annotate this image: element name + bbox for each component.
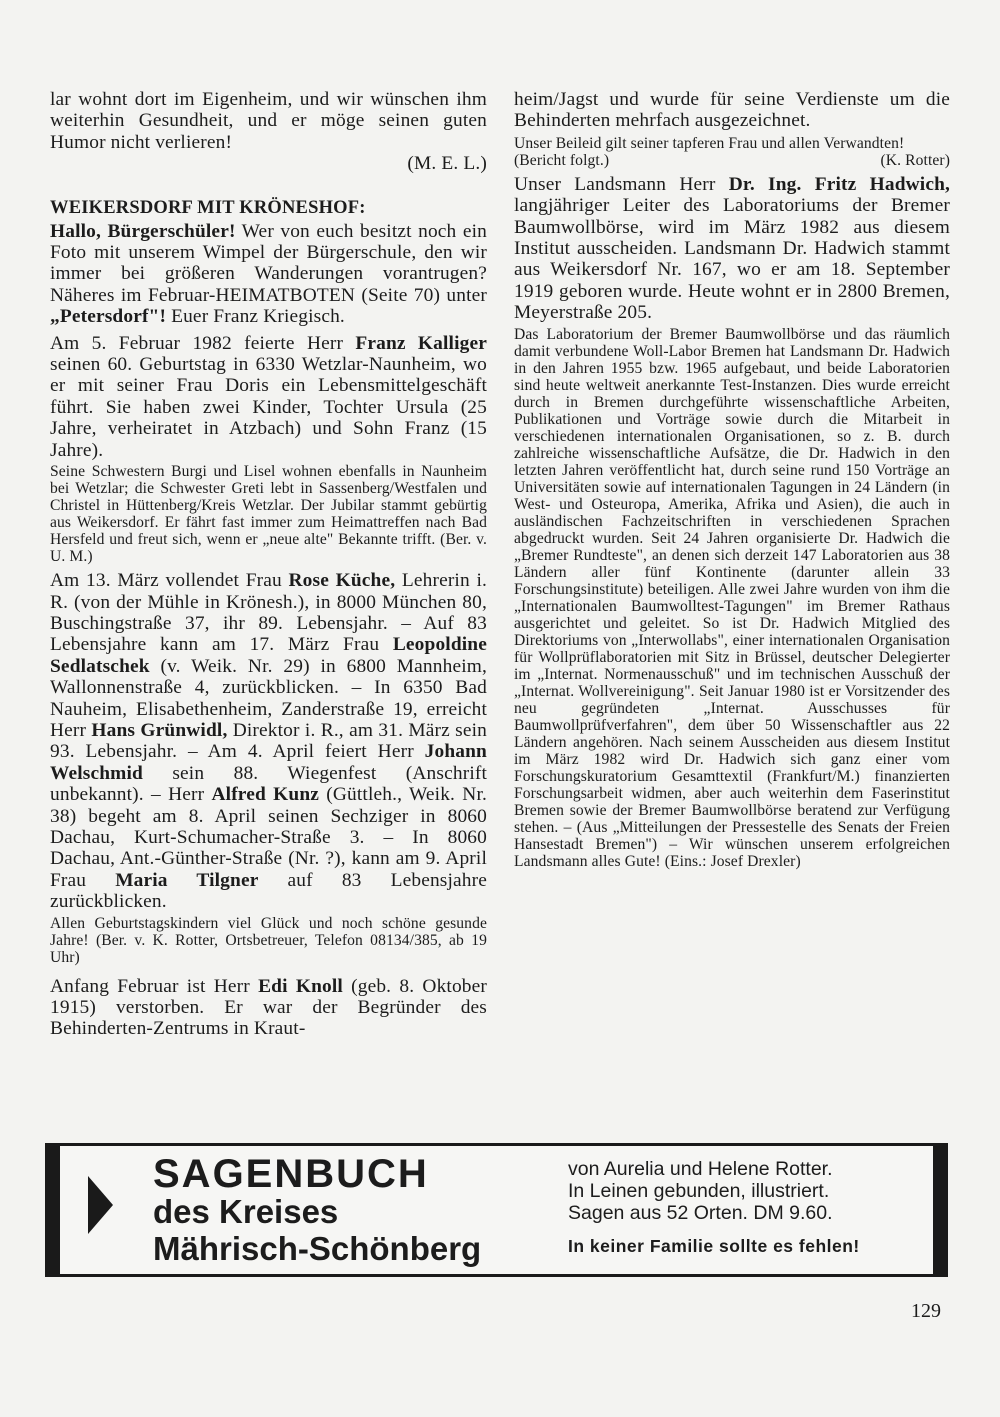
ad-title-line3: Mährisch-Schönberg xyxy=(153,1230,481,1267)
ad-call-to-action: In keiner Familie sollte es fehlen! xyxy=(568,1236,860,1257)
book-advertisement: SAGENBUCH des Kreises Mährisch-Schönberg… xyxy=(45,1143,948,1277)
paragraph-buergerschueler: Hallo, Bürgerschüler! Wer von euch besit… xyxy=(50,221,487,328)
paragraph-obituary-cont: heim/Jagst und wurde für seine Verdienst… xyxy=(514,89,950,132)
ad-title-line1: SAGENBUCH xyxy=(153,1155,481,1193)
intro-paragraph: lar wohnt dort im Eigenheim, und wir wün… xyxy=(50,89,487,153)
bold-name: Franz Kalliger xyxy=(355,333,487,354)
bold-greeting: Hallo, Bürgerschüler! xyxy=(50,221,236,242)
bold-name: Hans Grünwidl, xyxy=(91,720,227,741)
left-column: lar wohnt dort im Eigenheim, und wir wün… xyxy=(50,89,487,1040)
bold-petersdorf: „Petersdorf"! xyxy=(50,306,166,327)
paragraph-hadwich: Unser Landsmann Herr Dr. Ing. Fritz Hadw… xyxy=(514,174,950,324)
section-heading: WEIKERSDORF MIT KRÖNESHOF: xyxy=(50,197,487,219)
paragraph-birthdays: Am 13. März vollendet Frau Rose Küche, L… xyxy=(50,570,487,913)
bold-name: Dr. Ing. Fritz Hadwich, xyxy=(729,174,950,195)
ad-title-line2: des Kreises xyxy=(153,1193,481,1230)
ad-info-line2: In Leinen gebunden, illustriert. xyxy=(568,1180,860,1202)
bold-name: Alfred Kunz xyxy=(212,784,320,805)
paragraph-obituary: Anfang Februar ist Herr Edi Knoll (geb. … xyxy=(50,976,487,1040)
bold-name: Edi Knoll xyxy=(258,976,343,997)
paragraph-kalliger-family: Seine Schwestern Burgi und Lisel wohnen … xyxy=(50,463,487,565)
ad-title: SAGENBUCH des Kreises Mährisch-Schönberg xyxy=(153,1155,481,1267)
paragraph-kalliger: Am 5. Februar 1982 feierte Herr Franz Ka… xyxy=(50,333,487,461)
ad-info: von Aurelia und Helene Rotter. In Leinen… xyxy=(568,1158,860,1257)
right-column: heim/Jagst und wurde für seine Verdienst… xyxy=(514,89,950,870)
ad-info-line3: Sagen aus 52 Orten. DM 9.60. xyxy=(568,1202,860,1224)
paragraph-wishes: Allen Geburtstagskindern viel Glück und … xyxy=(50,915,487,966)
paragraph-laboratory: Das Laboratorium der Bremer Baumwollbörs… xyxy=(514,326,950,870)
bold-name: Rose Küche, xyxy=(289,570,396,591)
bold-name: Maria Tilgner xyxy=(115,870,258,891)
triangle-right-icon xyxy=(88,1176,113,1234)
intro-signature: (M. E. L.) xyxy=(50,153,487,174)
ad-info-line1: von Aurelia und Helene Rotter. xyxy=(568,1158,860,1180)
page-number: 129 xyxy=(911,1300,941,1323)
